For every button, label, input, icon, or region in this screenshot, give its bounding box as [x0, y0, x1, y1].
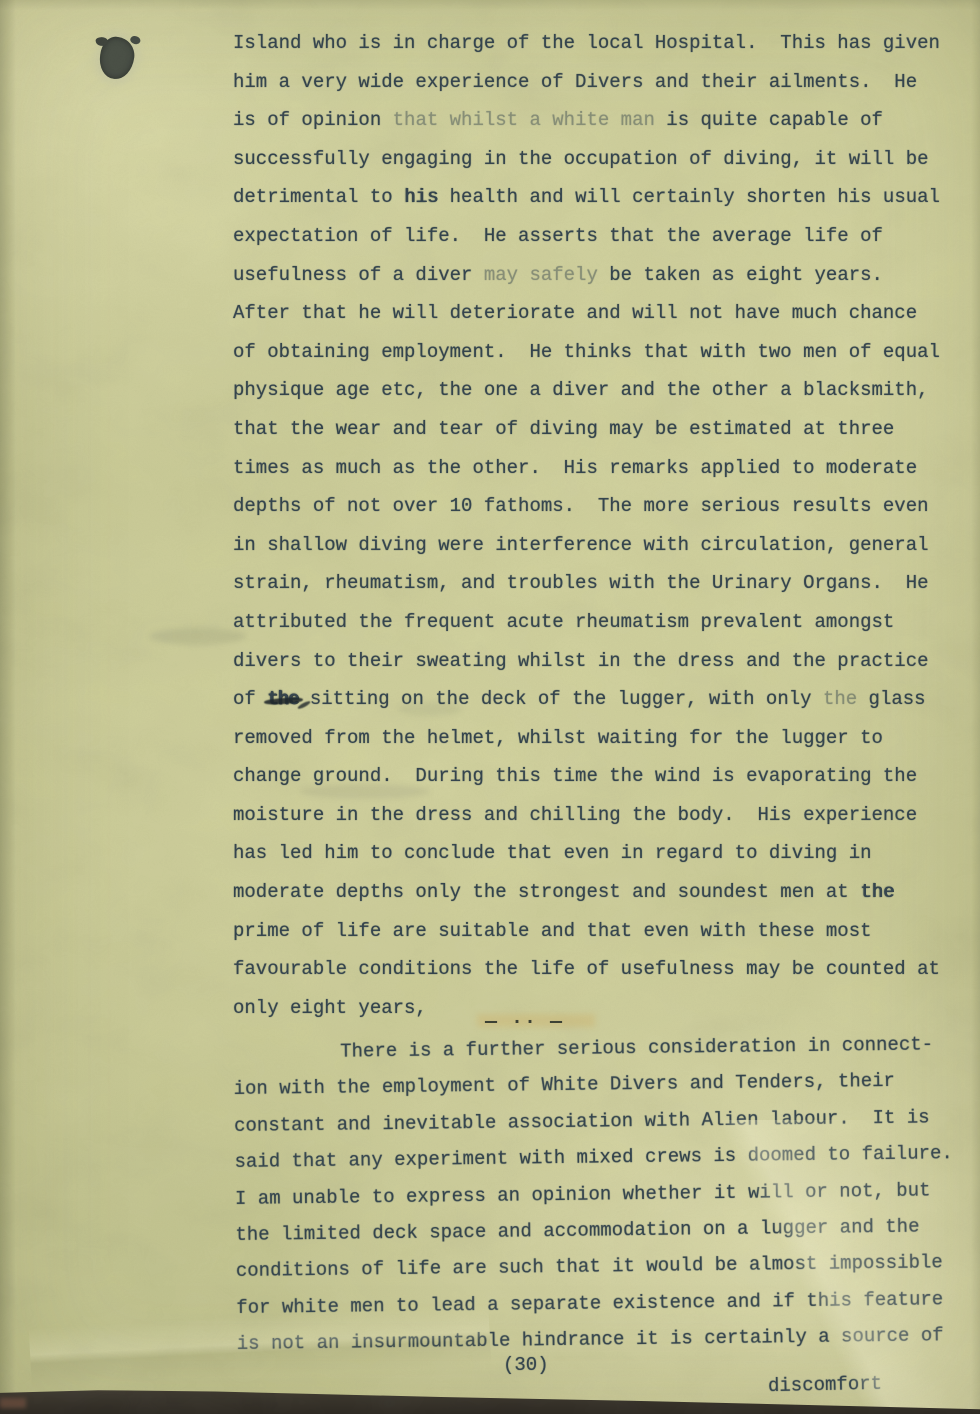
typewritten-text-block: Island who is in charge of the local Hos…: [233, 24, 965, 1363]
text-line: has led him to conclude that even in reg…: [233, 834, 965, 873]
page-number: (30): [503, 1354, 549, 1376]
text-line: moderate depths only the strongest and s…: [233, 873, 965, 912]
text-line: times as much as the other. His remarks …: [233, 449, 965, 488]
text-line: physique age etc, the one a diver and th…: [233, 371, 965, 410]
text-line: depths of not over 10 fathoms. The more …: [233, 487, 965, 526]
text-line: removed from the helmet, whilst waiting …: [233, 719, 965, 758]
text-line: him a very wide experience of Divers and…: [233, 63, 965, 102]
text-line: expectation of life. He asserts that the…: [233, 217, 965, 256]
text-line: favourable conditions the life of useful…: [233, 950, 965, 989]
text-line: is of opinion that whilst a white man is…: [233, 101, 965, 140]
document-page: { "document": { "kind": "typewritten rep…: [0, 0, 980, 1414]
catchword: discomfort: [768, 1373, 882, 1397]
text-line: of the sitting on the deck of the lugger…: [233, 680, 965, 719]
text-line: change ground. During this time the wind…: [233, 757, 965, 796]
text-line: of obtaining employment. He thinks that …: [233, 333, 965, 372]
text-line: divers to their sweating whilst in the d…: [233, 642, 965, 681]
paragraph-one: Island who is in charge of the local Hos…: [233, 24, 965, 1027]
text-line: Island who is in charge of the local Hos…: [233, 24, 965, 63]
text-line: After that he will deteriorate and will …: [233, 294, 965, 333]
text-line: strain, rheumatism, and troubles with th…: [233, 564, 965, 603]
text-line: usefulness of a diver may safely be take…: [233, 256, 965, 295]
text-line: moisture in the dress and chilling the b…: [233, 796, 965, 835]
section-divider: — ·· —: [485, 1011, 615, 1033]
text-line: prime of life are suitable and that even…: [233, 912, 965, 951]
text-line: successfully engaging in the occupation …: [233, 140, 965, 179]
text-line: that the wear and tear of diving may be …: [233, 410, 965, 449]
text-line: detrimental to his health and will certa…: [233, 178, 965, 217]
text-line: attributed the frequent acute rheumatism…: [233, 603, 965, 642]
text-line: is not an insurmountable hindrance it is…: [237, 1318, 969, 1363]
paragraph-two: There is a further serious consideration…: [233, 1026, 969, 1362]
text-line: in shallow diving were interference with…: [233, 526, 965, 565]
